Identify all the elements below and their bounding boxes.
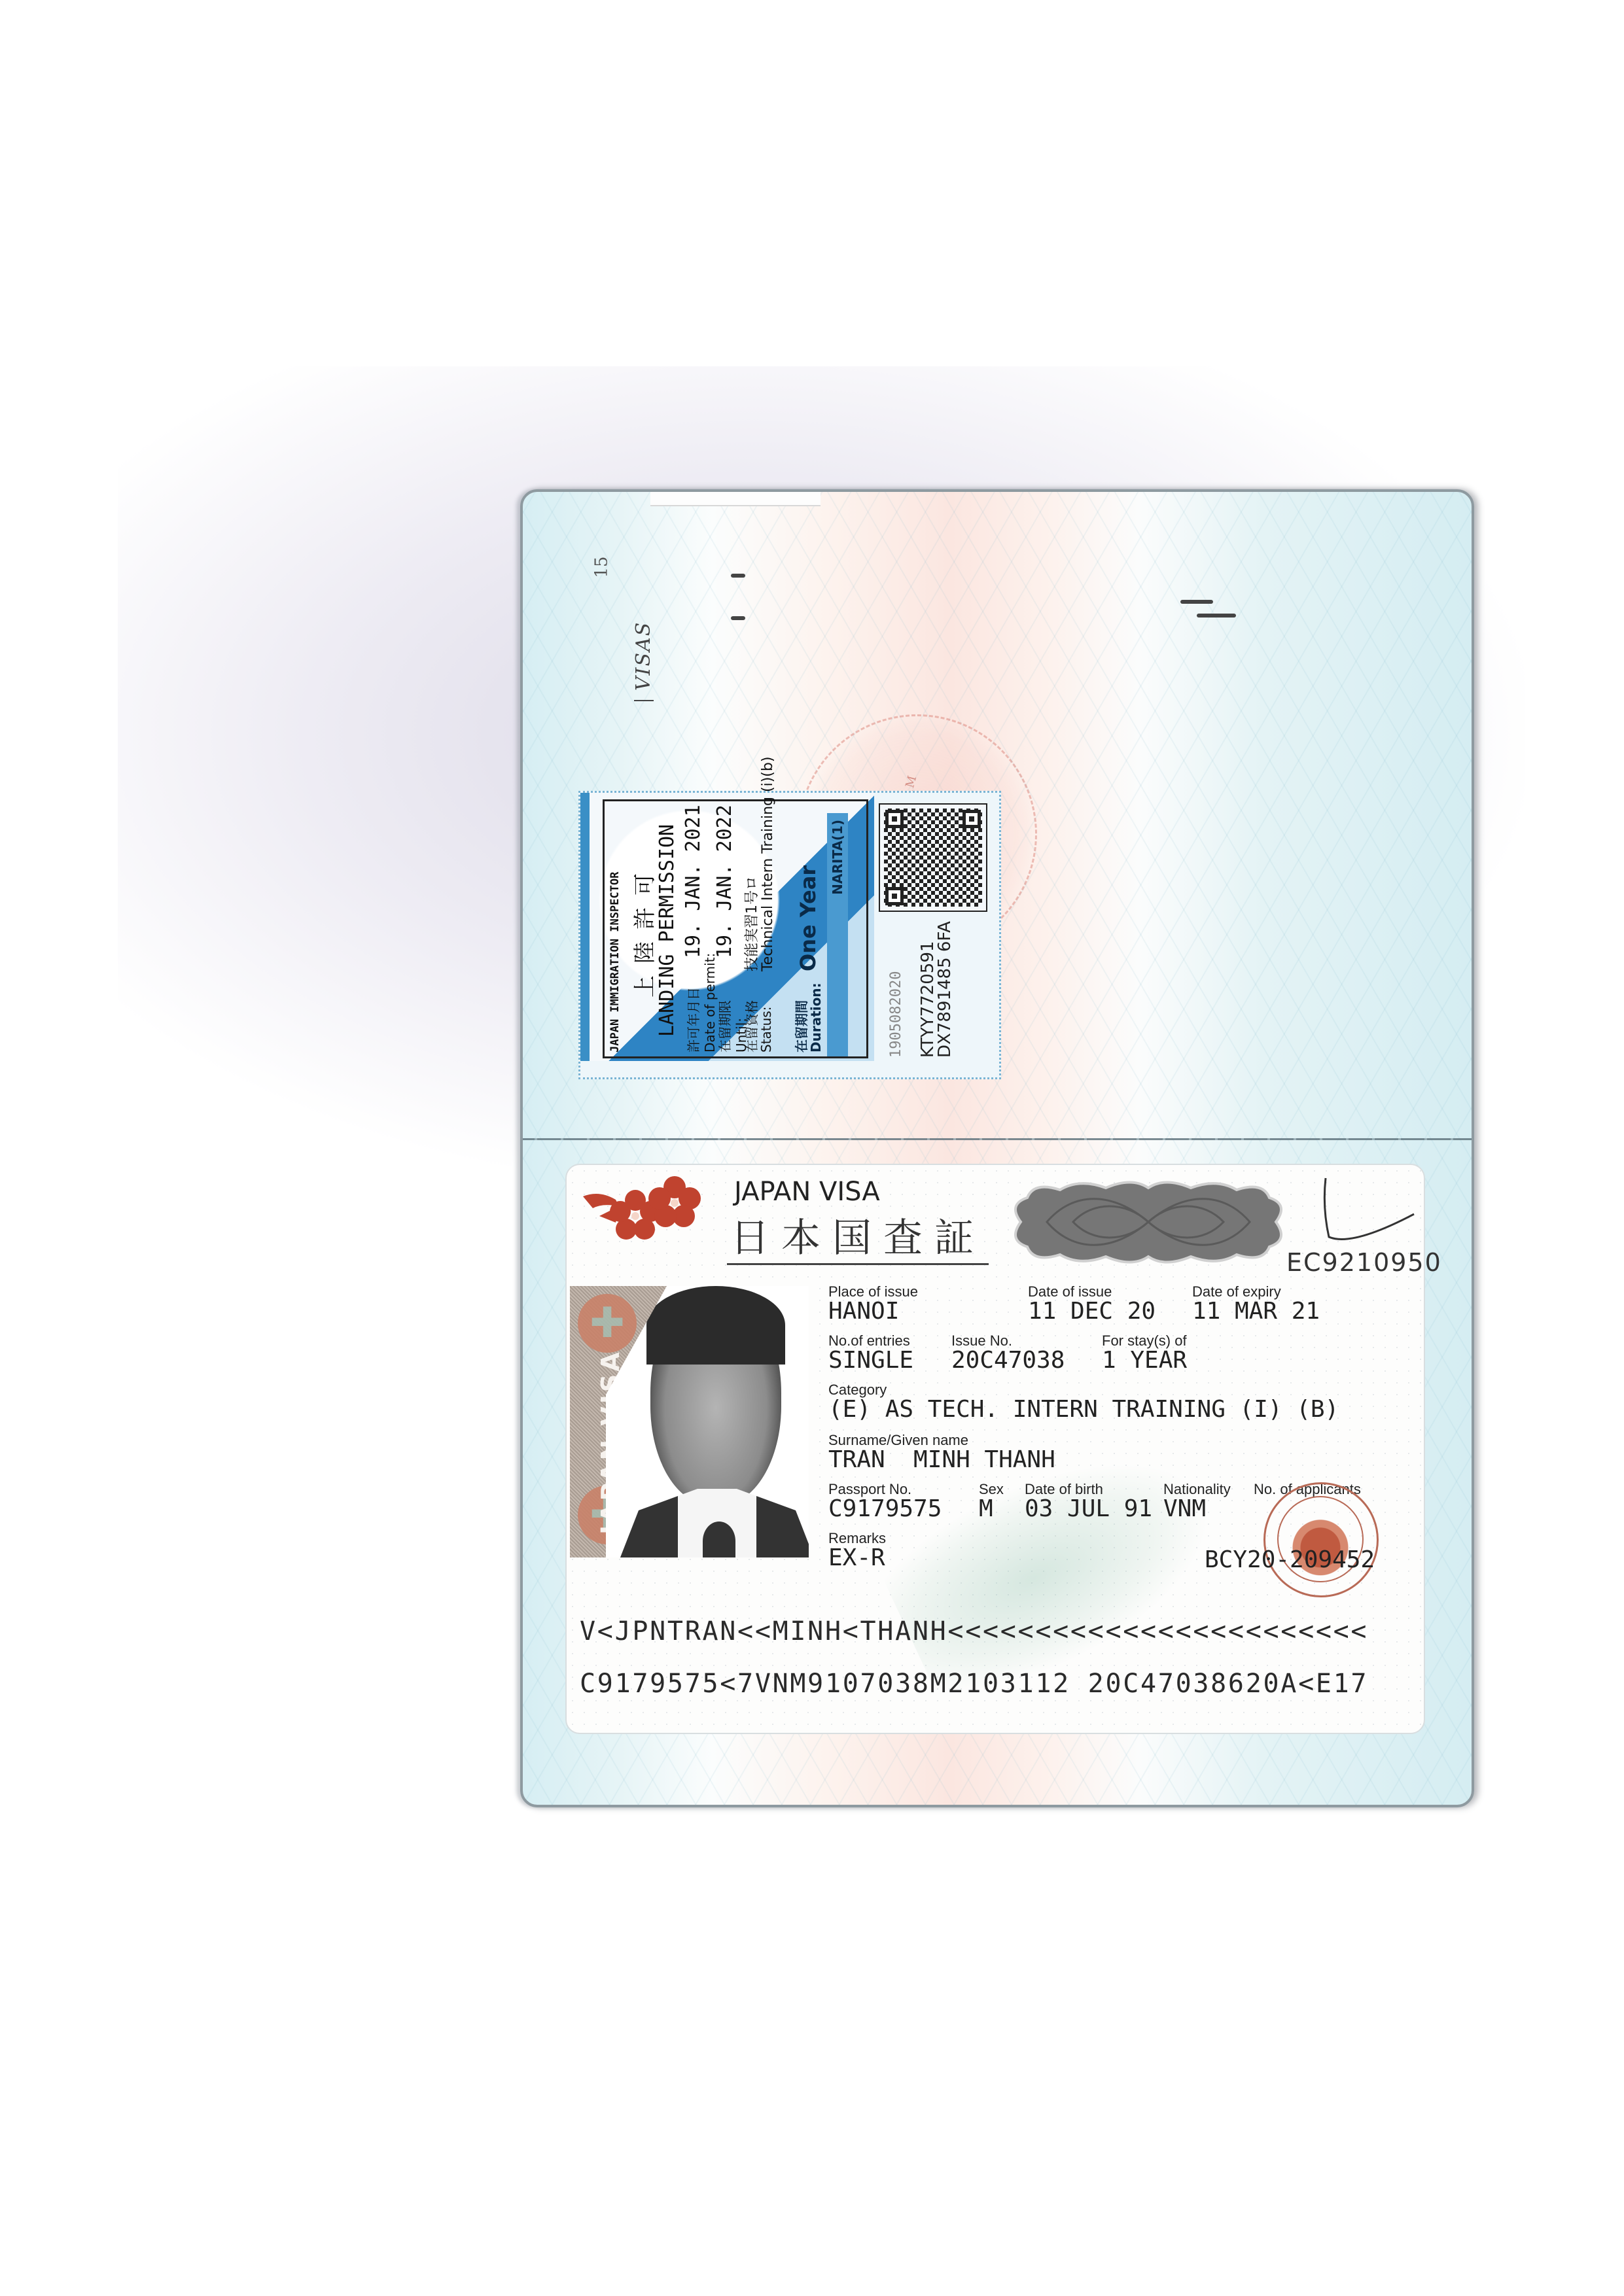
landing-permission-side: 1905082020 KTYY7720591 DX7891485 6FA xyxy=(868,793,996,1061)
date-of-permit-label: 許可年月日 Date of permit: xyxy=(683,953,718,1052)
date-of-permit-label-jp: 許可年月日 xyxy=(686,987,701,1052)
duration-label-jp: 在留期間 xyxy=(794,1000,809,1052)
landing-permission-sticker: JAPAN IMMIGRATION INSPECTOR 上陸許可 LANDING… xyxy=(578,791,1001,1079)
visa-number: EC9210950 xyxy=(1286,1248,1442,1277)
field-label: Remarks xyxy=(828,1531,886,1546)
cherry-blossom-icon xyxy=(580,1170,711,1249)
qr-finder-icon xyxy=(885,887,904,905)
until-date: 19. JAN. 2022 xyxy=(713,805,736,958)
field-value: 03 JUL 91 xyxy=(1025,1497,1152,1522)
perforation-mark xyxy=(731,616,745,620)
mrz-line-1: V<JPNTRAN<<MINH<THANH<<<<<<<<<<<<<<<<<<<… xyxy=(580,1616,1368,1646)
field-label: No.of entries xyxy=(828,1334,913,1348)
section-label: VISAS xyxy=(634,621,654,701)
field-label: Sex xyxy=(979,1482,1004,1497)
perforation-mark xyxy=(1197,614,1236,617)
field-date-of-birth: Date of birth 03 JUL 91 xyxy=(1025,1482,1152,1522)
inspector-header: JAPAN IMMIGRATION INSPECTOR xyxy=(609,872,622,1052)
field-value: M xyxy=(979,1497,1004,1522)
reference-number: BCY20-209452 xyxy=(1205,1548,1375,1573)
field-passport-no: Passport No. C9179575 xyxy=(828,1482,942,1522)
field-label: Surname/Given name xyxy=(828,1433,1055,1448)
field-label: For stay(s) of xyxy=(1102,1334,1187,1348)
serial-number-2-line-2: DX7891485 6FA xyxy=(935,921,955,1058)
field-place-of-issue: Place of issue HANOI xyxy=(828,1285,918,1324)
qr-finder-icon xyxy=(962,810,981,828)
field-value: 11 DEC 20 xyxy=(1028,1299,1156,1324)
status-label-en: Status: xyxy=(758,1007,774,1052)
field-value: C9179575 xyxy=(828,1497,942,1522)
field-name: Surname/Given name TRAN MINH THANH xyxy=(828,1433,1055,1472)
visa-brand-kanji: 日本国査証 xyxy=(730,1207,985,1263)
landing-title-kanji: 上陸許可 xyxy=(627,861,659,998)
serial-numbers: 1905082020 KTYY7720591 DX7891485 6FA xyxy=(868,917,996,1061)
date-of-permit: 19. JAN. 2021 xyxy=(682,805,705,958)
field-label: Date of birth xyxy=(1025,1482,1152,1497)
perforation-mark xyxy=(731,574,745,578)
duration-label-en: Duration: xyxy=(808,983,824,1052)
field-category: Category (E) AS TECH. INTERN TRAINING (I… xyxy=(828,1383,1339,1422)
reference-value: BCY20-209452 xyxy=(1205,1548,1375,1573)
field-value: SINGLE xyxy=(828,1348,913,1373)
field-nationality: Nationality VNM xyxy=(1163,1482,1231,1522)
status-value: 技能実習1号ロ Technical Intern Training (i)(b) xyxy=(745,757,776,971)
band-flower-icon xyxy=(578,1294,637,1353)
field-value: EX-R xyxy=(828,1546,886,1571)
qr-finder-icon xyxy=(885,810,904,828)
ministry-seal-icon xyxy=(1263,1482,1379,1597)
field-label: Place of issue xyxy=(828,1285,918,1299)
field-value: 1 YEAR xyxy=(1102,1348,1187,1373)
serial-number-2: KTYY7720591 DX7891485 6FA xyxy=(919,921,953,1058)
field-label: Category xyxy=(828,1383,1339,1397)
landing-permission-content: JAPAN IMMIGRATION INSPECTOR 上陸許可 LANDING… xyxy=(605,808,850,1056)
field-date-of-issue: Date of issue 11 DEC 20 xyxy=(1028,1285,1156,1324)
field-value: VNM xyxy=(1163,1497,1231,1522)
page-number: 15 xyxy=(592,556,612,578)
status-label: 在留資格 Status: xyxy=(745,1000,773,1052)
field-value: (E) AS TECH. INTERN TRAINING (I) (B) xyxy=(828,1397,1339,1422)
field-value: TRAN MINH THANH xyxy=(828,1448,1055,1472)
field-value: 20C47038 xyxy=(951,1348,1065,1373)
page-tab xyxy=(650,489,821,506)
status-value-en: Technical Intern Training (i)(b) xyxy=(760,757,776,971)
landing-permission-main: JAPAN IMMIGRATION INSPECTOR 上陸許可 LANDING… xyxy=(580,793,874,1061)
field-label: Date of expiry xyxy=(1192,1285,1320,1299)
photo-hair xyxy=(646,1286,785,1365)
japan-visa-sticker: JAPAN VISA 日本国査証 EC9210950 JAPAN VISA Pl… xyxy=(565,1164,1425,1734)
passport-spread: 15 VISAS VIET NAM JAPAN IMMIGRATION INSP… xyxy=(520,489,1474,1807)
mrz-line-2: C9179575<7VNM9107038M2103112 20C47038620… xyxy=(580,1669,1368,1699)
center-fold xyxy=(523,1138,1472,1140)
field-sex: Sex M xyxy=(979,1482,1004,1522)
qr-code-icon xyxy=(880,805,986,911)
field-stay: For stay(s) of 1 YEAR xyxy=(1102,1334,1187,1373)
field-label: Nationality xyxy=(1163,1482,1231,1497)
photo-tie xyxy=(703,1522,735,1561)
perforation-mark xyxy=(1180,600,1213,604)
landing-permission-frame: JAPAN IMMIGRATION INSPECTOR 上陸許可 LANDING… xyxy=(603,799,868,1058)
until-label-jp: 在留期限 xyxy=(717,1000,733,1052)
signature-mark xyxy=(1313,1175,1417,1247)
port-of-entry: NARITA(1) xyxy=(827,813,848,1056)
field-date-of-expiry: Date of expiry 11 MAR 21 xyxy=(1192,1285,1320,1324)
field-value: 11 MAR 21 xyxy=(1192,1299,1320,1324)
security-rosette-icon xyxy=(1008,1178,1289,1266)
duration-label: 在留期間 Duration: xyxy=(794,983,823,1052)
header-rule xyxy=(727,1263,989,1265)
field-label: Passport No. xyxy=(828,1482,942,1497)
field-label: Issue No. xyxy=(951,1334,1065,1348)
duration-value: One Year xyxy=(796,865,821,971)
status-value-jp: 技能実習1号ロ xyxy=(744,876,760,971)
landing-title: LANDING PERMISSION xyxy=(656,824,679,1037)
field-no-of-entries: No.of entries SINGLE xyxy=(828,1334,913,1373)
visa-brand: JAPAN VISA xyxy=(734,1177,880,1207)
status-label-jp: 在留資格 xyxy=(744,1000,760,1052)
field-label: Date of issue xyxy=(1028,1285,1156,1299)
field-value: HANOI xyxy=(828,1299,918,1324)
field-issue-no: Issue No. 20C47038 xyxy=(951,1334,1065,1373)
serial-number-1: 1905082020 xyxy=(888,971,904,1058)
field-remarks: Remarks EX-R xyxy=(828,1531,886,1571)
